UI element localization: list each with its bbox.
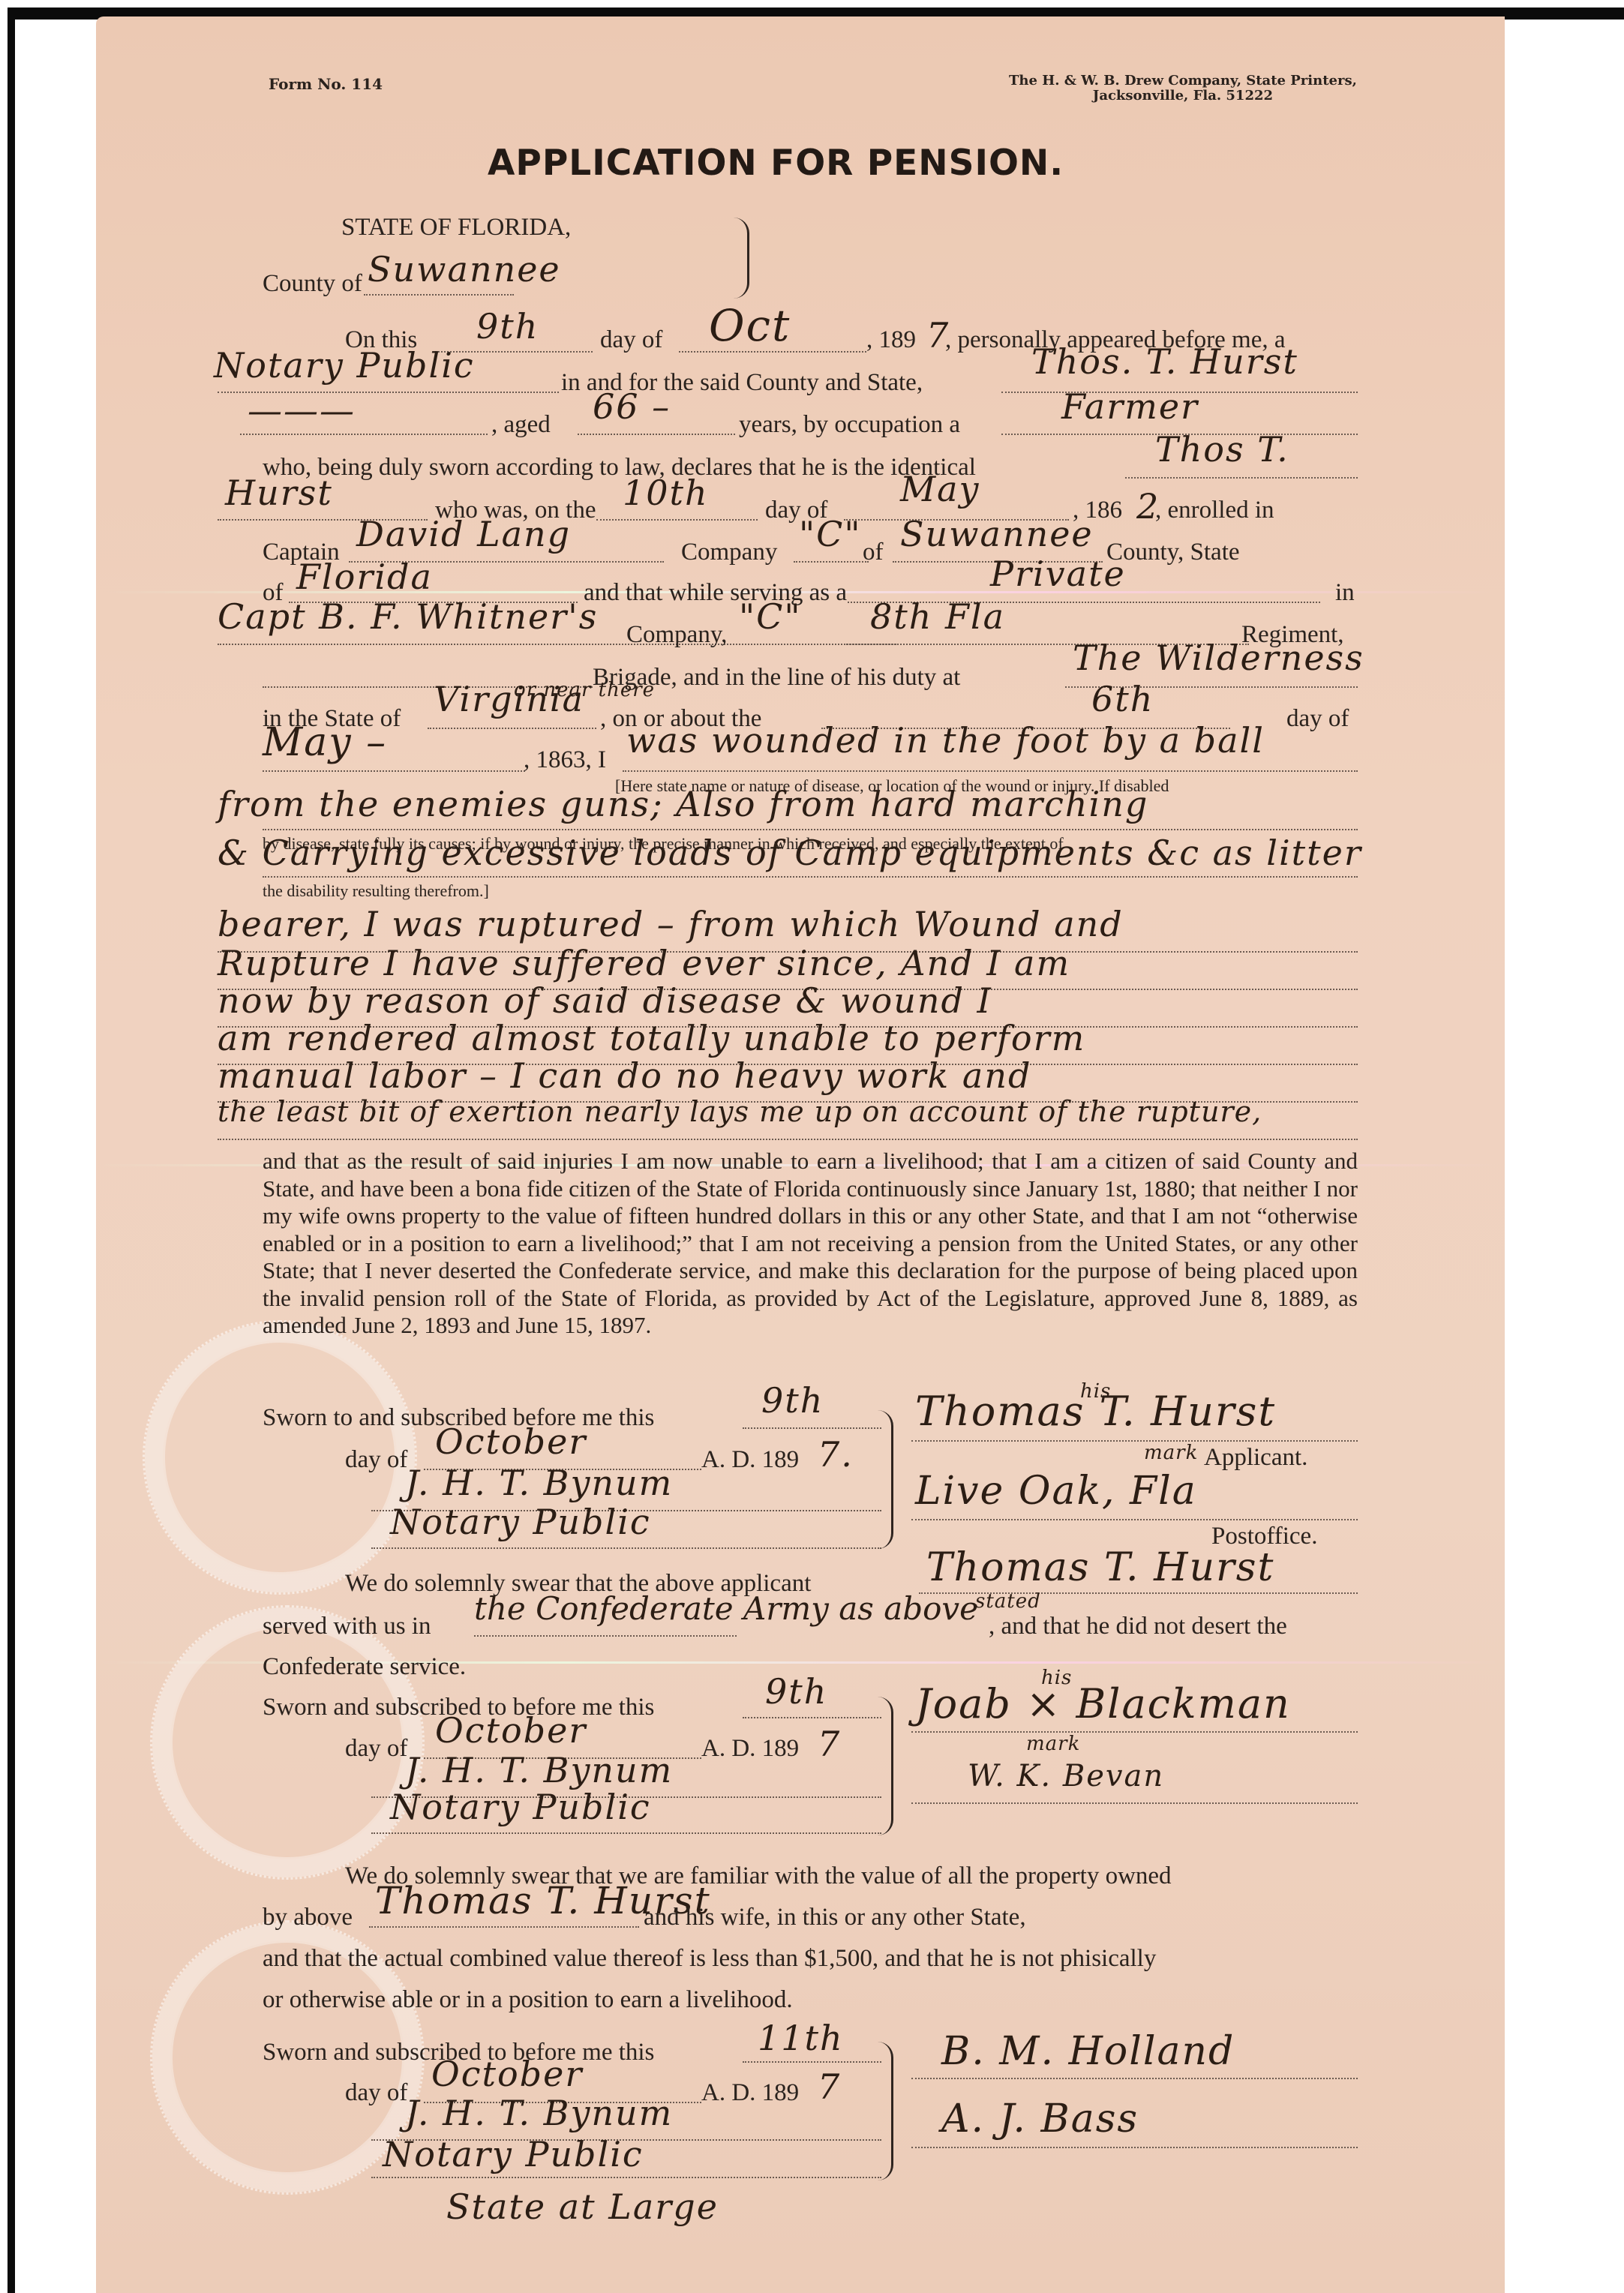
county2-value: Suwannee	[900, 514, 1094, 554]
witness1-signature: Joab × Blackman	[915, 1680, 1291, 1727]
postoffice-value: Live Oak, Fla	[915, 1469, 1197, 1514]
declaration-month: Oct	[709, 300, 791, 351]
property-witness2-line	[911, 2147, 1358, 2148]
jurat2-ad-label: A. D. 189	[701, 1735, 799, 1763]
in-label: in	[1335, 579, 1355, 607]
serving-as-text: and that while serving as a	[584, 579, 847, 607]
wound-day-of: day of	[1286, 705, 1349, 733]
owner-field-line	[369, 1926, 639, 1928]
applicant-label: Applicant.	[1204, 1444, 1307, 1472]
statement-line-9	[218, 1139, 1358, 1140]
county-label: County of	[263, 270, 362, 298]
served-insertion: stated	[975, 1590, 1041, 1613]
printer-line-2: Jacksonville, Fla. 51222	[1009, 89, 1357, 104]
jurat3-day-of: day of	[345, 2079, 407, 2107]
statement-line: manual labor – I can do no heavy work an…	[218, 1055, 1031, 1096]
year-prefix: , 189	[866, 326, 916, 354]
statement-line: the least bit of exertion nearly lays me…	[218, 1095, 1262, 1128]
jurat3-notary-signature: J. H. T. Bynum	[405, 2093, 673, 2133]
wound-day-value: 6th	[1091, 679, 1154, 719]
jurat1-month: October	[435, 1421, 587, 1462]
witness1-mark: mark	[1026, 1733, 1080, 1755]
statement-line-2	[263, 829, 1358, 830]
scan-frame-left	[8, 8, 15, 2293]
desert-text: , and that he did not desert the	[989, 1613, 1287, 1640]
wound-year-text: , 1863, I	[524, 746, 606, 774]
wound-month-line	[263, 770, 525, 772]
duly-sworn-text: who, being duly sworn according to law, …	[263, 454, 976, 482]
county-state-label: County, State	[1106, 539, 1240, 566]
served-in-line	[474, 1635, 737, 1637]
page-title: APPLICATION FOR PENSION.	[488, 143, 1064, 184]
jurat3-year-digit: 7	[818, 2066, 841, 2107]
statement-line: am rendered almost totally unable to per…	[218, 1018, 1085, 1058]
statement-line: was wounded in the foot by a ball	[626, 720, 1265, 761]
rank-value: Private	[990, 554, 1126, 594]
name-continuation-line	[240, 434, 488, 435]
age-field-line	[578, 434, 735, 435]
statement-line: bearer, I was ruptured – from which Woun…	[218, 904, 1124, 944]
comrades-applicant: Thomas T. Hurst	[926, 1545, 1274, 1590]
property-witness1-signature: B. M. Holland	[941, 2029, 1235, 2074]
wound-month-value: May –	[263, 720, 387, 765]
identical-name-line	[1125, 477, 1358, 479]
enroll-day-line	[596, 519, 758, 521]
applicant-signature-line	[911, 1440, 1358, 1442]
state-label: STATE OF FLORIDA,	[341, 214, 571, 242]
jurat2-brace	[878, 1697, 893, 1835]
property-line-4: or otherwise able or in a position to ea…	[263, 1986, 793, 2014]
jurat3-day-line	[743, 2061, 881, 2063]
jurat1-brace	[878, 1410, 893, 1549]
witness2-line	[911, 1802, 1358, 1804]
printed-declaration-paragraph: and that as the result of said injuries …	[263, 1148, 1358, 1340]
jurat1-day: 9th	[761, 1380, 824, 1421]
identical-name-1: Thos T.	[1155, 429, 1289, 470]
applicant-his-label: his	[1080, 1380, 1111, 1403]
company-value: "C"	[799, 514, 862, 554]
witness1-line	[911, 1731, 1358, 1733]
jurat3-ad-label: A. D. 189	[701, 2079, 799, 2107]
jurat1-notary-signature: J. H. T. Bynum	[405, 1463, 673, 1503]
battle-state-line	[428, 728, 596, 729]
applicant-name: Thos. T. Hurst	[1031, 341, 1298, 382]
by-above-label: by above	[263, 1904, 353, 1931]
jurat2-month: October	[435, 1710, 587, 1751]
day-of-label: day of	[600, 326, 662, 354]
venue-brace	[734, 218, 749, 299]
county-value: Suwannee	[368, 249, 561, 290]
jurat1-notary-title-line	[371, 1547, 881, 1549]
jurat2-notary-title-line	[371, 1832, 881, 1834]
jurat2-notary-signature: J. H. T. Bynum	[405, 1750, 673, 1790]
regiment-value: 8th Fla	[870, 596, 1005, 637]
enrolled-in-text: , enrolled in	[1155, 497, 1274, 524]
jurat2-day-of: day of	[345, 1735, 407, 1763]
insertion-note: or near there	[514, 679, 655, 701]
printer-line-1: The H. & W. B. Drew Company, State Print…	[1009, 74, 1357, 89]
enroll-month: May	[900, 469, 980, 509]
company-cmdr-line	[218, 644, 896, 645]
jurat3-brace	[878, 2042, 893, 2180]
statement-line: Rupture I have suffered ever since, And …	[218, 943, 1070, 983]
jurat3-notary-title: Notary Public	[383, 2134, 644, 2174]
company2-label: Company,	[626, 621, 727, 649]
company-field-line	[794, 561, 869, 563]
identical-name-2: Hurst	[225, 473, 333, 513]
company-label: Company	[681, 539, 777, 566]
name-continuation-dash: ———	[248, 390, 356, 431]
declaration-day: 9th	[476, 306, 539, 347]
company-cmdr-value: Capt B. F. Whitner's	[218, 596, 598, 637]
witness1-his: his	[1041, 1667, 1072, 1689]
form-number: Form No. 114	[269, 75, 383, 93]
jurat3-month: October	[431, 2054, 583, 2094]
jurat2-day-line	[743, 1717, 881, 1718]
captain-value: David Lang	[356, 514, 571, 554]
instruction-note-3: the disability resulting therefrom.]	[263, 881, 489, 901]
property-witness1-line	[911, 2078, 1358, 2079]
county-field-line	[364, 294, 514, 296]
jurat3-jurisdiction: State at Large	[446, 2186, 719, 2227]
aged-label: , aged	[491, 411, 551, 439]
statement-line: now by reason of said disease & wound I	[218, 980, 992, 1021]
property-line-2: and his wife, in this or any other State…	[644, 1904, 1026, 1931]
witness2-signature: W. K. Bevan	[968, 1759, 1164, 1793]
confederate-service-text: Confederate service.	[263, 1653, 466, 1681]
jurat2-year-digit: 7	[818, 1724, 841, 1764]
of-label: of	[863, 539, 884, 566]
property-witness2-signature: A. J. Bass	[941, 2096, 1139, 2141]
occupation-label: years, by occupation a	[739, 411, 960, 439]
statement-line-3	[263, 876, 1358, 878]
jurat2-day: 9th	[765, 1671, 827, 1712]
statement-line: from the enemies guns; Also from hard ma…	[218, 784, 1148, 824]
jurat3-notary-title-line	[371, 2177, 881, 2178]
jurat1-notary-title: Notary Public	[390, 1502, 651, 1542]
jurat2-notary-title: Notary Public	[390, 1787, 651, 1827]
company2-value: "C"	[739, 596, 802, 637]
enroll-day: 10th	[623, 473, 709, 513]
served-with-label: served with us in	[263, 1613, 431, 1640]
jurat1-day-of: day of	[345, 1446, 407, 1474]
occupation-value: Farmer	[1061, 386, 1199, 427]
state-value: Florida	[296, 557, 433, 597]
month-field-line	[679, 351, 866, 353]
jurat1-day-line	[743, 1427, 881, 1429]
jurat3-day: 11th	[758, 2018, 844, 2058]
served-in-value: the Confederate Army as above	[474, 1590, 978, 1627]
place-value: The Wilderness	[1073, 638, 1364, 678]
statement-line-1	[623, 770, 1358, 772]
officer-value: Notary Public	[214, 345, 475, 386]
printer-imprint: The H. & W. B. Drew Company, State Print…	[1009, 74, 1357, 104]
postoffice-line	[911, 1519, 1358, 1520]
jurat1-ad-label: A. D. 189	[701, 1446, 799, 1474]
jurat1-year-digit: 7.	[818, 1434, 854, 1475]
property-line-3: and that the actual combined value there…	[263, 1945, 1156, 1973]
statement-line: & Carrying excessive loads of Camp equip…	[218, 833, 1362, 873]
age-value: 66 –	[593, 386, 671, 427]
applicant-mark-label: mark	[1144, 1442, 1198, 1464]
